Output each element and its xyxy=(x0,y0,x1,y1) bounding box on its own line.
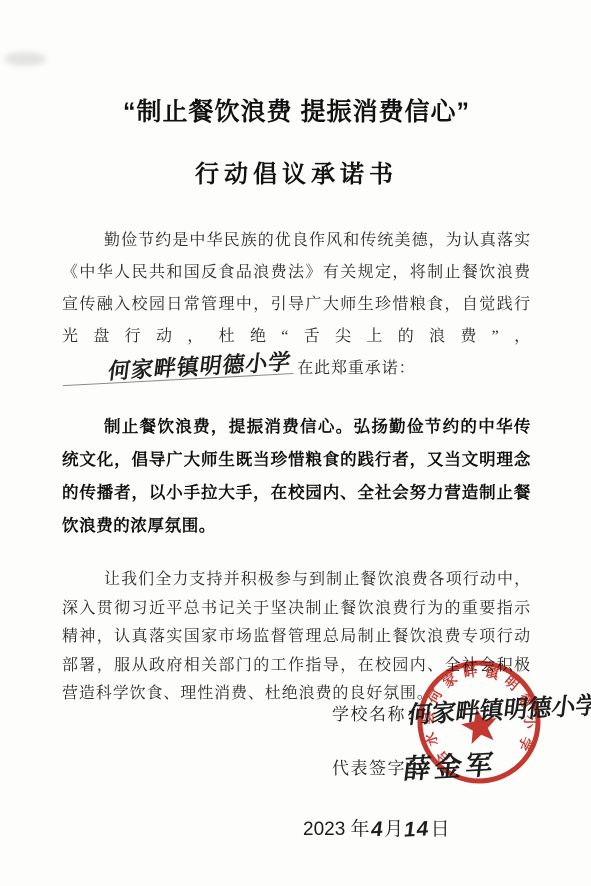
handwritten-day: 14 xyxy=(403,817,431,843)
svg-text:畔: 畔 xyxy=(462,664,478,681)
document-body: “制止餐饮浪费 提振消费信心” 行动倡议承诺书 勤俭节约是中华民族的优良作风和传… xyxy=(62,0,531,709)
handwritten-month: 4 xyxy=(369,818,385,843)
scanned-pledge-document: “制止餐饮浪费 提振消费信心” 行动倡议承诺书 勤俭节约是中华民族的优良作风和传… xyxy=(0,0,591,886)
document-title-line1: “制止餐饮浪费 提振消费信心” xyxy=(62,92,531,128)
handwritten-school-name-inline: 何家畔镇明德小学 xyxy=(63,352,297,386)
date-day-unit: 日 xyxy=(431,819,450,840)
paragraph-pledge-bold: 制止餐饮浪费，提振消费信心。弘扬勤俭节约的中华传统文化，倡导广大师生既当珍惜粮食… xyxy=(62,411,531,543)
document-title-line2: 行动倡议承诺书 xyxy=(62,154,531,189)
scan-smudge xyxy=(4,52,46,66)
paragraph-intro-text: 勤俭节约是中华民族的优良作风和传统美德，为认真落实《中华人民共和国反食品浪费法》… xyxy=(62,232,531,345)
paragraph-intro: 勤俭节约是中华民族的优良作风和传统美德，为认真落实《中华人民共和国反食品浪费法》… xyxy=(62,225,531,385)
handwritten-representative-signature: 薛金军 xyxy=(402,742,500,786)
date-year: 2023 年 xyxy=(303,819,370,840)
date-line: 2023 年4月14日 xyxy=(303,814,450,842)
date-month-unit: 月 xyxy=(384,819,403,840)
paragraph-intro-tail: 在此郑重承诺： xyxy=(297,360,415,377)
